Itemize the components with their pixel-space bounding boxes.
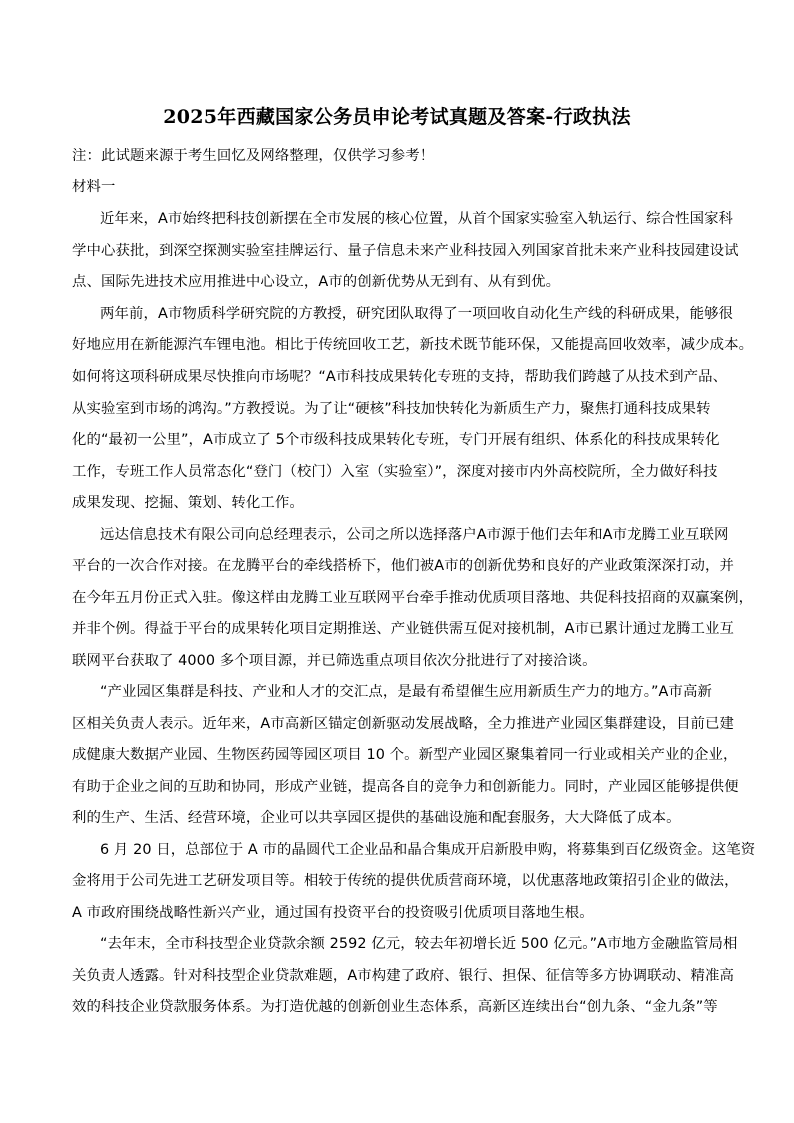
body-line: 有助于企业之间的互助和协同，形成产业链，提高各自的竞争力和创新能力。同时，产业园… — [72, 777, 732, 797]
body-line: 近年来，A市始终把科技创新摆在全市发展的核心位置，从首个国家实验室入轨运行、综合… — [100, 209, 760, 229]
body-line: 利的生产、生活、经营环境，企业可以共享园区提供的基础设施和配套服务，大大降低了成… — [72, 808, 732, 828]
body-line: 学中心获批，到深空探测实验室挂牌运行、量子信息未来产业科技园入列国家首批未来产业… — [72, 241, 732, 261]
body-line: 好地应用在新能源汽车锂电池。相比于传统回收工艺，新技术既节能环保，又能提高回收效… — [72, 335, 732, 355]
body-line: 远达信息技术有限公司向总经理表示，公司之所以选择落户A市源于他们去年和A市龙腾工… — [100, 525, 760, 545]
body-line: 平台的一次合作对接。在龙腾平台的牵线搭桥下，他们被A市的创新优势和良好的产业政策… — [72, 556, 732, 576]
body-line: 化的“最初一公里”，A市成立了 5个市级科技成果转化专班，专门开展有组织、体系化… — [72, 430, 732, 450]
body-line: 工作，专班工作人员常态化“登门（校门）入室（实验室）”，深度对接市内外高校院所，… — [72, 462, 732, 482]
body-line: 并非个例。得益于平台的成果转化项目定期推送、产业链供需互促对接机制，A市已累计通… — [72, 619, 732, 639]
body-line: 金将用于公司先进工艺研发项目等。相较于传统的提供优质营商环境，以优惠落地政策招引… — [72, 871, 732, 891]
body-line: 联网平台获取了 4000 多个项目源，并已筛选重点项目依次分批进行了对接洽谈。 — [72, 651, 732, 671]
document-title: 2025年西藏国家公务员申论考试真题及答案-行政执法 — [0, 104, 794, 130]
body-line: 成果发现、挖掘、策划、转化工作。 — [72, 493, 732, 513]
body-line: 在今年五月份正式入驻。像这样由龙腾工业互联网平台牵手推动优质项目落地、共促科技招… — [72, 588, 732, 608]
body-line: “产业园区集群是科技、产业和人才的交汇点，是最有希望催生应用新质生产力的地方。”… — [100, 682, 760, 702]
source-note: 注：此试题来源于考生回忆及网络整理，仅供学习参考！ — [72, 146, 732, 166]
body-line: “去年末，全市科技型企业贷款余额 2592 亿元，较去年初增长近 500 亿元。… — [100, 934, 760, 954]
body-line: 如何将这项科研成果尽快推向市场呢？“A市科技成果转化专班的支持，帮助我们跨越了从… — [72, 367, 732, 387]
body-line: 点、国际先进技术应用推进中心设立，A市的创新优势从无到有、从有到优。 — [72, 272, 732, 292]
body-line: 两年前，A市物质科学研究院的方教授，研究团队取得了一项回收自动化生产线的科研成果… — [100, 304, 760, 324]
body-line: 6 月 20 日，总部位于 A 市的晶圆代工企业品和晶合集成开启新股申购，将募集… — [100, 840, 760, 860]
section-label: 材料一 — [72, 177, 732, 197]
document-page: 2025年西藏国家公务员申论考试真题及答案-行政执法 注：此试题来源于考生回忆及… — [0, 0, 794, 1123]
body-line: 成健康大数据产业园、生物医药园等园区项目 10 个。新型产业园区聚集着同一行业或… — [72, 745, 732, 765]
body-line: 从实验室到市场的鸿沟。”方教授说。为了让“硬核”科技加快转化为新质生产力，聚焦打… — [72, 399, 732, 419]
body-line: 区相关负责人表示。近年来，A市高新区锚定创新驱动发展战略，全力推进产业园区集群建… — [72, 714, 732, 734]
body-line: A 市政府围绕战略性新兴产业，通过国有投资平台的投资吸引优质项目落地生根。 — [72, 903, 732, 923]
body-line: 关负责人透露。针对科技型企业贷款难题，A市构建了政府、银行、担保、征信等多方协调… — [72, 966, 732, 986]
body-line: 效的科技企业贷款服务体系。为打造优越的创新创业生态体系，高新区连续出台“创九条、… — [72, 997, 732, 1017]
